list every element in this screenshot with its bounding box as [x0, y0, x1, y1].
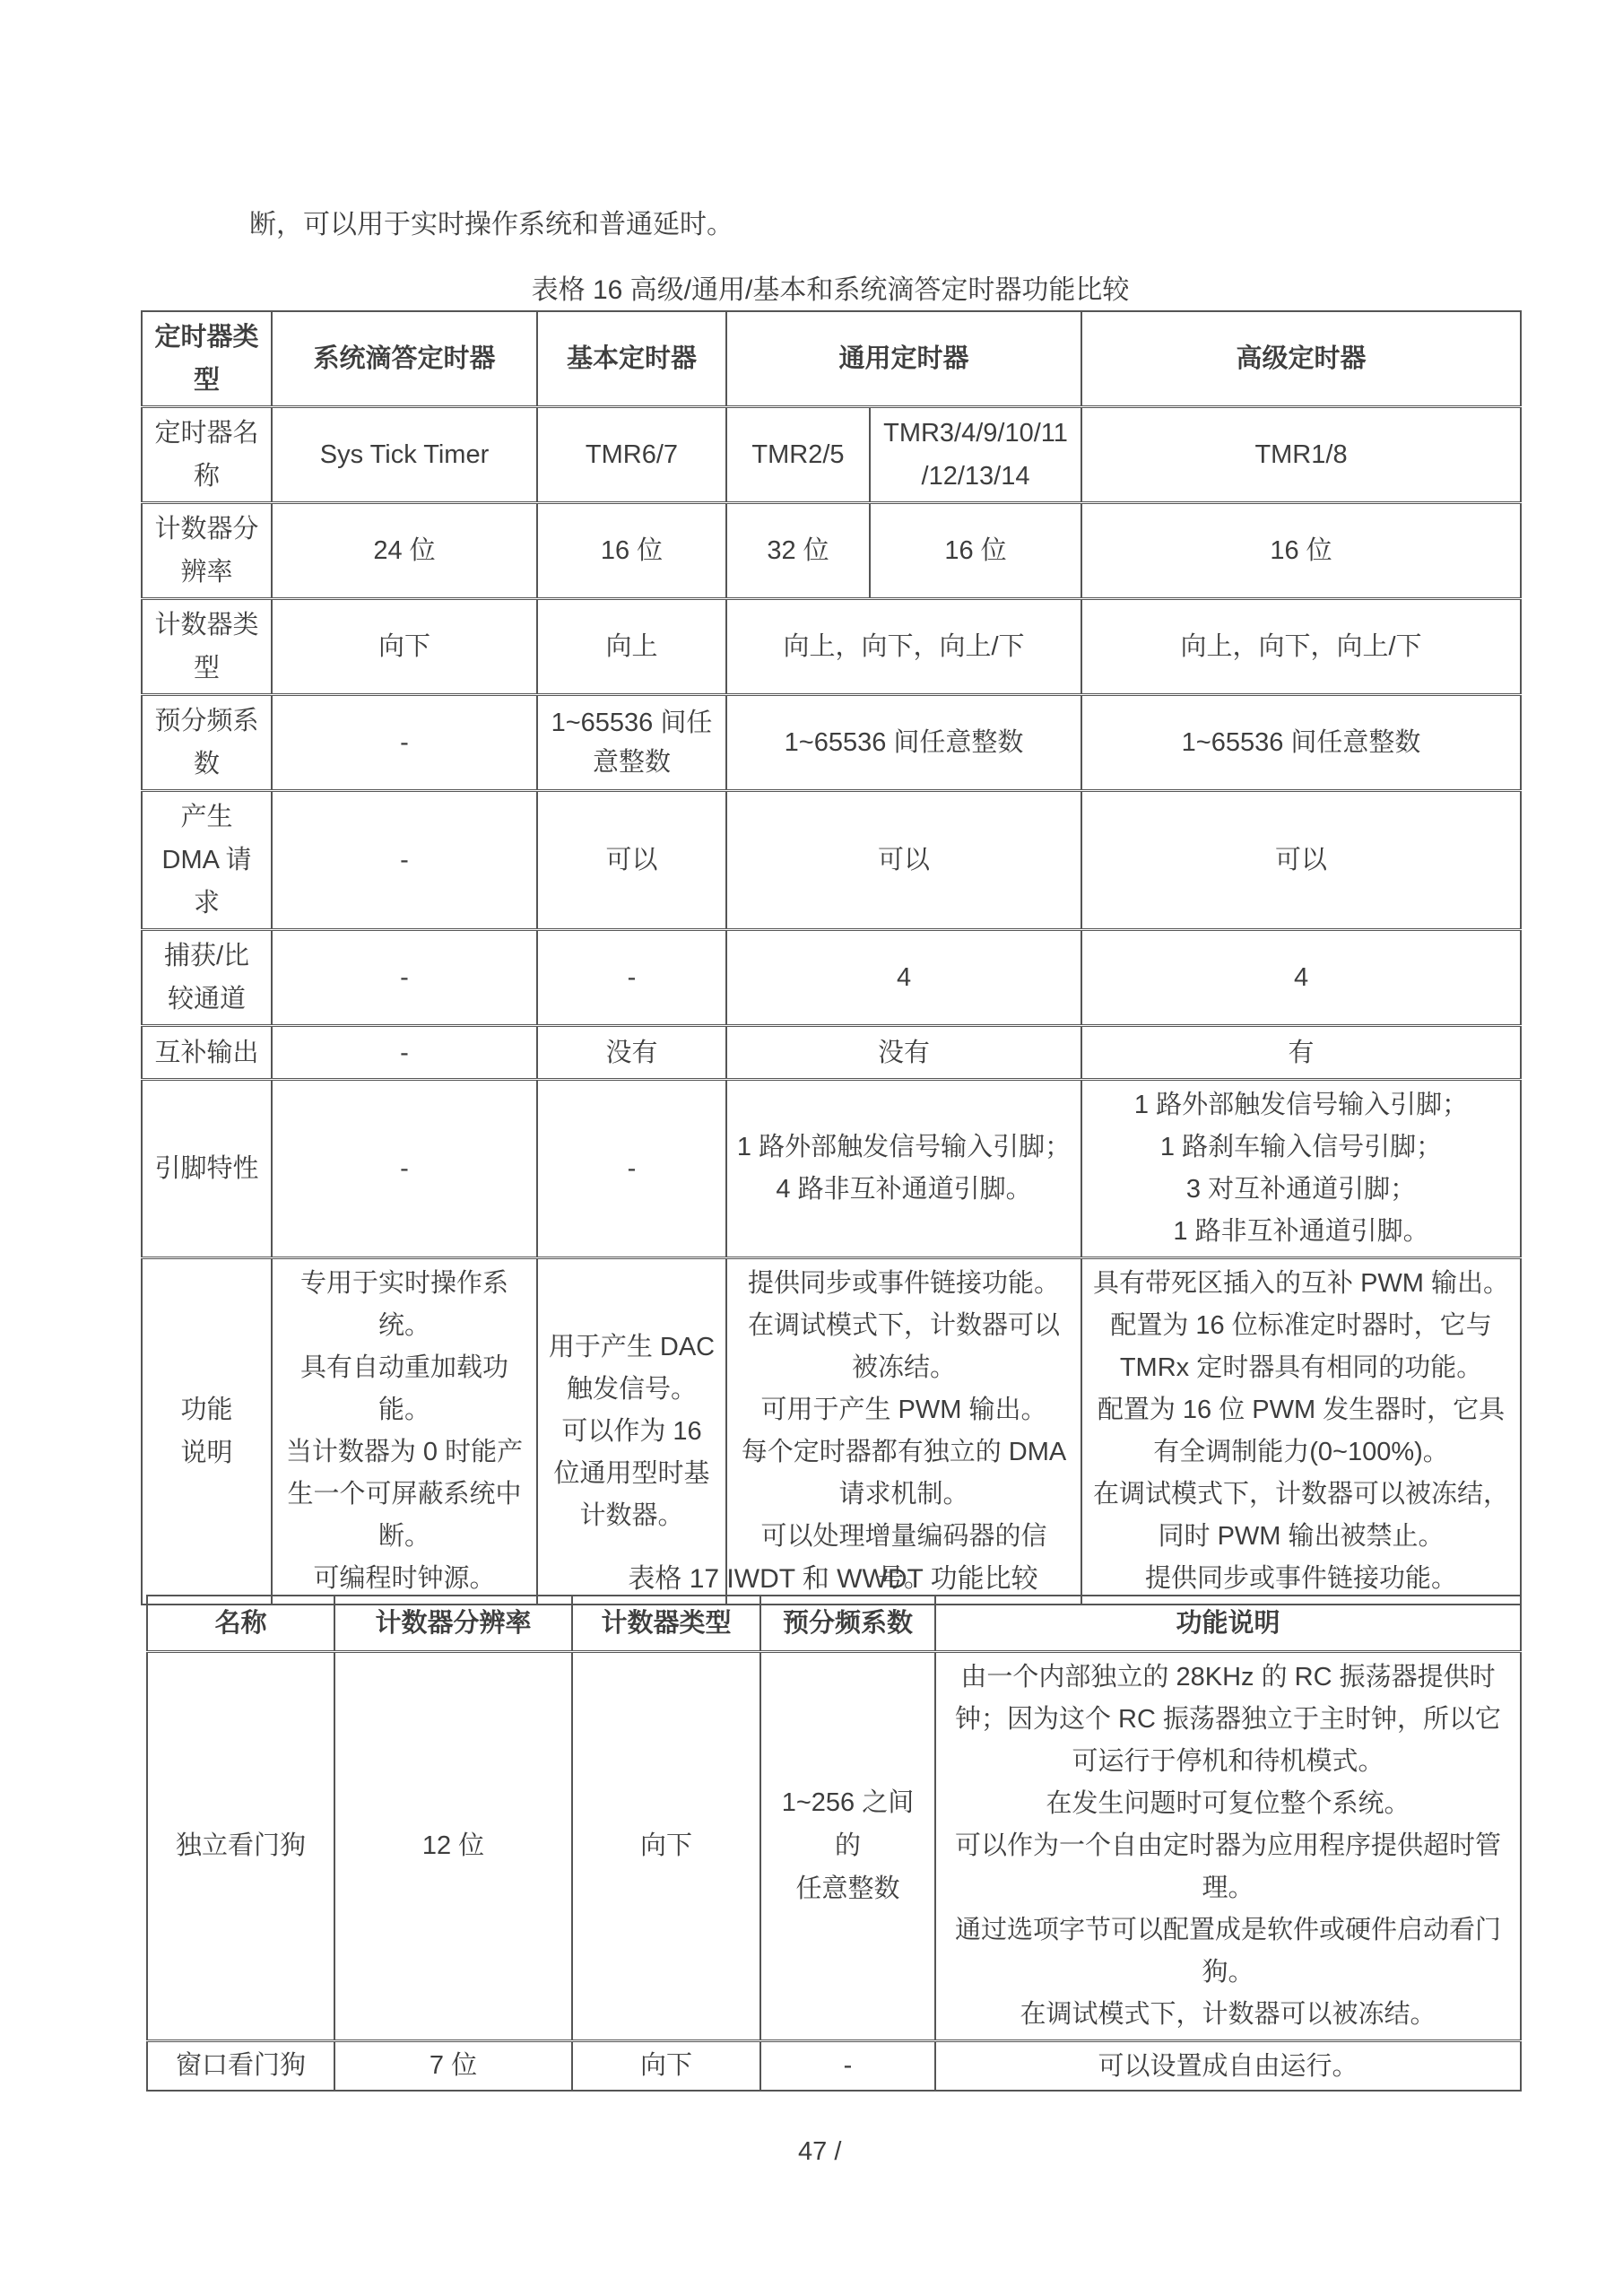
row-label-resolution: 计数器分辨率	[142, 503, 272, 599]
cell-capture-systick: -	[272, 930, 537, 1026]
row-label-capture: 捕获/比较通道	[142, 930, 272, 1026]
cell-count-type-basic: 向上	[537, 599, 726, 695]
intro-paragraph: 断，可以用于实时操作系统和普通延时。	[249, 208, 733, 242]
cell-count-type-systick: 向下	[272, 599, 537, 695]
header-basic-timer: 基本定时器	[537, 311, 726, 407]
cell-count-type-advanced: 向上，向下，向上/下	[1081, 599, 1521, 695]
cell-capture-general: 4	[726, 930, 1081, 1026]
cell-count-type-general: 向上，向下，向上/下	[726, 599, 1081, 695]
cell-dma-basic: 可以	[537, 791, 726, 930]
cell-function-general: 提供同步或事件链接功能。在调试模式下，计数器可以被冻结。可用于产生 PWM 输出…	[726, 1258, 1081, 1605]
cell-iwdt-prescaler: 1~256 之间的任意整数	[760, 1651, 935, 2040]
cell-resolution-basic: 16 位	[537, 503, 726, 599]
cell-name-basic: TMR6/7	[537, 407, 726, 503]
table16-title: 表格 16 高级/通用/基本和系统滴答定时器功能比较	[141, 274, 1520, 307]
table-row-complementary: 互补输出 - 没有 没有 有	[142, 1026, 1521, 1080]
row-label-name: 定时器名称	[142, 407, 272, 503]
table-row-name: 定时器名称 Sys Tick Timer TMR6/7 TMR2/5 TMR3/…	[142, 407, 1521, 503]
header-general-timer: 通用定时器	[726, 311, 1081, 407]
table17-title: 表格 17 IWDT 和 WWDT 功能比较	[146, 1563, 1520, 1596]
table-row-pins: 引脚特性 - - 1 路外部触发信号输入引脚；4 路非互补通道引脚。 1 路外部…	[142, 1080, 1521, 1258]
cell-prescaler-basic: 1~65536 间任意整数	[537, 695, 726, 791]
cell-pins-advanced: 1 路外部触发信号输入引脚；1 路刹车输入信号引脚；3 对互补通道引脚；1 路非…	[1081, 1080, 1521, 1258]
cell-name-advanced: TMR1/8	[1081, 407, 1521, 503]
row-label-prescaler: 预分频系数	[142, 695, 272, 791]
cell-prescaler-advanced: 1~65536 间任意整数	[1081, 695, 1521, 791]
table17-header-row: 名称 计数器分辨率 计数器类型 预分频系数 功能说明	[147, 1596, 1521, 1651]
timer-comparison-table: 定时器类型 系统滴答定时器 基本定时器 通用定时器 高级定时器 定时器名称 Sy…	[141, 310, 1522, 1605]
cell-dma-systick: -	[272, 791, 537, 930]
cell-capture-advanced: 4	[1081, 930, 1521, 1026]
page-number: 47 /	[798, 2136, 841, 2167]
cell-resolution-systick: 24 位	[272, 503, 537, 599]
cell-function-systick: 专用于实时操作系统。具有自动重加载功能。当计数器为 0 时能产生一个可屏蔽系统中…	[272, 1258, 537, 1605]
cell-capture-basic: -	[537, 930, 726, 1026]
document-page: 断，可以用于实时操作系统和普通延时。 表格 16 高级/通用/基本和系统滴答定时…	[0, 0, 1623, 2296]
cell-complementary-systick: -	[272, 1026, 537, 1080]
table-row-function: 功能说明 专用于实时操作系统。具有自动重加载功能。当计数器为 0 时能产生一个可…	[142, 1258, 1521, 1605]
cell-complementary-advanced: 有	[1081, 1026, 1521, 1080]
cell-prescaler-general: 1~65536 间任意整数	[726, 695, 1081, 791]
table-row-prescaler: 预分频系数 - 1~65536 间任意整数 1~65536 间任意整数 1~65…	[142, 695, 1521, 791]
table-row-capture: 捕获/比较通道 - - 4 4	[142, 930, 1521, 1026]
row-label-dma: 产生DMA 请求	[142, 791, 272, 930]
row-label-count-type: 计数器类型	[142, 599, 272, 695]
row-label-pins: 引脚特性	[142, 1080, 272, 1258]
table-row-dma: 产生DMA 请求 - 可以 可以 可以	[142, 791, 1521, 930]
table16-header-row: 定时器类型 系统滴答定时器 基本定时器 通用定时器 高级定时器	[142, 311, 1521, 407]
cell-wwdt-count-type: 向下	[572, 2040, 760, 2091]
header-wdt-name: 名称	[147, 1596, 334, 1651]
cell-wwdt-resolution: 7 位	[334, 2040, 572, 2091]
row-label-complementary: 互补输出	[142, 1026, 272, 1080]
cell-complementary-general: 没有	[726, 1026, 1081, 1080]
cell-resolution-advanced: 16 位	[1081, 503, 1521, 599]
cell-dma-advanced: 可以	[1081, 791, 1521, 930]
table-row-resolution: 计数器分辨率 24 位 16 位 32 位 16 位 16 位	[142, 503, 1521, 599]
cell-complementary-basic: 没有	[537, 1026, 726, 1080]
cell-function-basic: 用于产生 DAC 触发信号。可以作为 16 位通用型时基计数器。	[537, 1258, 726, 1605]
cell-iwdt-resolution: 12 位	[334, 1651, 572, 2040]
cell-wwdt-function: 可以设置成自由运行。	[935, 2040, 1521, 2091]
cell-function-advanced: 具有带死区插入的互补 PWM 输出。配置为 16 位标准定时器时，它与 TMRx…	[1081, 1258, 1521, 1605]
cell-dma-general: 可以	[726, 791, 1081, 930]
table-row-wwdt: 窗口看门狗 7 位 向下 - 可以设置成自由运行。	[147, 2040, 1521, 2091]
header-wdt-prescaler: 预分频系数	[760, 1596, 935, 1651]
table-row-iwdt: 独立看门狗 12 位 向下 1~256 之间的任意整数 由一个内部独立的 28K…	[147, 1651, 1521, 2040]
header-wdt-function: 功能说明	[935, 1596, 1521, 1651]
cell-wwdt-name: 窗口看门狗	[147, 2040, 334, 2091]
cell-pins-general: 1 路外部触发信号输入引脚；4 路非互补通道引脚。	[726, 1080, 1081, 1258]
cell-resolution-general-a: 32 位	[726, 503, 870, 599]
cell-name-general-a: TMR2/5	[726, 407, 870, 503]
cell-pins-systick: -	[272, 1080, 537, 1258]
watchdog-comparison-table: 名称 计数器分辨率 计数器类型 预分频系数 功能说明 独立看门狗 12 位 向下…	[146, 1595, 1522, 2092]
cell-wwdt-prescaler: -	[760, 2040, 935, 2091]
cell-iwdt-count-type: 向下	[572, 1651, 760, 2040]
cell-iwdt-function: 由一个内部独立的 28KHz 的 RC 振荡器提供时钟；因为这个 RC 振荡器独…	[935, 1651, 1521, 2040]
cell-resolution-general-b: 16 位	[870, 503, 1081, 599]
cell-name-systick: Sys Tick Timer	[272, 407, 537, 503]
table-row-count-type: 计数器类型 向下 向上 向上，向下，向上/下 向上，向下，向上/下	[142, 599, 1521, 695]
cell-prescaler-systick: -	[272, 695, 537, 791]
header-wdt-resolution: 计数器分辨率	[334, 1596, 572, 1651]
cell-pins-basic: -	[537, 1080, 726, 1258]
row-label-function: 功能说明	[142, 1258, 272, 1605]
cell-iwdt-name: 独立看门狗	[147, 1651, 334, 2040]
header-advanced-timer: 高级定时器	[1081, 311, 1521, 407]
header-systick-timer: 系统滴答定时器	[272, 311, 537, 407]
cell-name-general-b: TMR3/4/9/10/11/12/13/14	[870, 407, 1081, 503]
header-timer-type: 定时器类型	[142, 311, 272, 407]
header-wdt-count-type: 计数器类型	[572, 1596, 760, 1651]
